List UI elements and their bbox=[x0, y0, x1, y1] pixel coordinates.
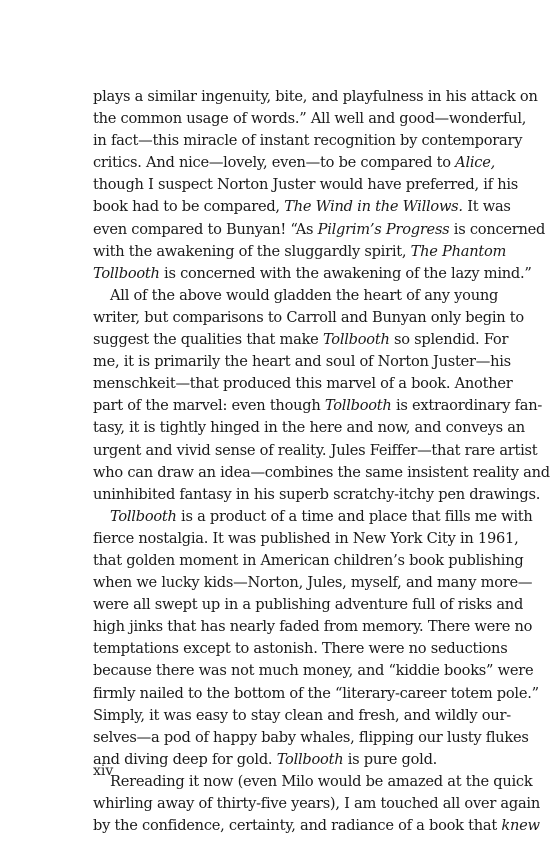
text-run: is extraordinary fan- bbox=[392, 397, 543, 414]
text-run: urgent and vivid sense of reality. Jules… bbox=[93, 442, 537, 459]
italic-text: Pilgrim’s Progress bbox=[318, 221, 450, 238]
italic-text: Tollbooth bbox=[93, 265, 160, 282]
text-line: because there was not much money, and “k… bbox=[93, 660, 470, 682]
text-line: that golden moment in American children’… bbox=[93, 550, 470, 572]
text-line: temptations except to astonish. There we… bbox=[93, 638, 470, 660]
text-line: when we lucky kids—Norton, Jules, myself… bbox=[93, 572, 470, 594]
text-run: the common usage of words.” All well and… bbox=[93, 110, 526, 127]
text-run: high jinks that has nearly faded from me… bbox=[93, 618, 532, 635]
text-run: that golden moment in American children’… bbox=[93, 552, 523, 569]
text-line: Tollbooth is concerned with the awakenin… bbox=[93, 263, 470, 285]
text-line: with the awakening of the sluggardly spi… bbox=[93, 241, 470, 263]
text-run: critics. And nice—lovely, even—to be com… bbox=[93, 154, 455, 171]
text-line: were all swept up in a publishing advent… bbox=[93, 594, 470, 616]
italic-text: The Wind in the Willows. bbox=[284, 198, 463, 215]
text-run: All of the above would gladden the heart… bbox=[110, 287, 498, 304]
italic-text: Tollbooth bbox=[323, 331, 390, 348]
text-run: though I suspect Norton Juster would hav… bbox=[93, 176, 518, 193]
text-line: part of the marvel: even though Tollboot… bbox=[93, 395, 470, 417]
text-line: menschkeit—that produced this marvel of … bbox=[93, 373, 470, 395]
text-line: who can draw an idea—combines the same i… bbox=[93, 462, 470, 484]
text-line: by the confidence, certainty, and radian… bbox=[93, 815, 470, 837]
text-line: Rereading it now (even Milo would be ama… bbox=[93, 771, 470, 793]
text-run: writer, but comparisons to Carroll and B… bbox=[93, 309, 524, 326]
text-line: firmly nailed to the bottom of the “lite… bbox=[93, 683, 470, 705]
page-number: xiv bbox=[93, 763, 113, 779]
text-run: temptations except to astonish. There we… bbox=[93, 640, 507, 657]
text-run: with the awakening of the sluggardly spi… bbox=[93, 243, 411, 260]
text-run: part of the marvel: even though bbox=[93, 397, 325, 414]
text-run: Simply, it was easy to stay clean and fr… bbox=[93, 707, 511, 724]
text-run: firmly nailed to the bottom of the “lite… bbox=[93, 685, 539, 702]
text-run: uninhibited fantasy in his superb scratc… bbox=[93, 486, 540, 503]
text-line: though I suspect Norton Juster would hav… bbox=[93, 174, 470, 196]
text-line: suggest the qualities that make Tollboot… bbox=[93, 329, 470, 351]
text-line: critics. And nice—lovely, even—to be com… bbox=[93, 152, 470, 174]
text-line: writer, but comparisons to Carroll and B… bbox=[93, 307, 470, 329]
text-line: in fact—this miracle of instant recognit… bbox=[93, 130, 470, 152]
text-run: in fact—this miracle of instant recognit… bbox=[93, 132, 522, 149]
text-line: urgent and vivid sense of reality. Jules… bbox=[93, 440, 470, 462]
text-line: tasy, it is tightly hinged in the here a… bbox=[93, 417, 470, 439]
page-body-text: plays a similar ingenuity, bite, and pla… bbox=[93, 86, 470, 837]
text-run: fierce nostalgia. It was published in Ne… bbox=[93, 530, 518, 547]
text-line: high jinks that has nearly faded from me… bbox=[93, 616, 470, 638]
text-line: fierce nostalgia. It was published in Ne… bbox=[93, 528, 470, 550]
text-run: book had to be compared, bbox=[93, 198, 284, 215]
text-line: All of the above would gladden the heart… bbox=[93, 285, 470, 307]
italic-text: Tollbooth bbox=[325, 397, 392, 414]
text-run: is concerned bbox=[449, 221, 545, 238]
text-line: and diving deep for gold. Tollbooth is p… bbox=[93, 749, 470, 771]
text-run: when we lucky kids—Norton, Jules, myself… bbox=[93, 574, 532, 591]
text-line: plays a similar ingenuity, bite, and pla… bbox=[93, 86, 470, 108]
text-run: who can draw an idea—combines the same i… bbox=[93, 464, 550, 481]
text-run: suggest the qualities that make bbox=[93, 331, 323, 348]
text-run: is concerned with the awakening of the l… bbox=[160, 265, 532, 282]
text-line: even compared to Bunyan! “As Pilgrim’s P… bbox=[93, 219, 470, 241]
italic-text: Alice, bbox=[455, 154, 495, 171]
italic-text: knew bbox=[501, 817, 539, 834]
text-run: is pure gold. bbox=[343, 751, 437, 768]
text-run: by the confidence, certainty, and radian… bbox=[93, 817, 501, 834]
text-line: Tollbooth is a product of a time and pla… bbox=[93, 506, 470, 528]
text-run: menschkeit—that produced this marvel of … bbox=[93, 375, 512, 392]
text-line: whirling away of thirty-five years), I a… bbox=[93, 793, 470, 815]
text-line: book had to be compared, The Wind in the… bbox=[93, 196, 470, 218]
text-run: It was bbox=[463, 198, 511, 215]
text-line: uninhibited fantasy in his superb scratc… bbox=[93, 484, 470, 506]
text-line: me, it is primarily the heart and soul o… bbox=[93, 351, 470, 373]
text-run: so splendid. For bbox=[390, 331, 509, 348]
text-run: me, it is primarily the heart and soul o… bbox=[93, 353, 511, 370]
text-run: whirling away of thirty-five years), I a… bbox=[93, 795, 540, 812]
text-run: were all swept up in a publishing advent… bbox=[93, 596, 523, 613]
italic-text: Tollbooth bbox=[110, 508, 177, 525]
italic-text: The Phantom bbox=[411, 243, 506, 260]
text-run: even compared to Bunyan! “As bbox=[93, 221, 318, 238]
text-run: Rereading it now (even Milo would be ama… bbox=[110, 773, 532, 790]
text-run: and diving deep for gold. bbox=[93, 751, 277, 768]
text-run: plays a similar ingenuity, bite, and pla… bbox=[93, 88, 538, 105]
text-line: Simply, it was easy to stay clean and fr… bbox=[93, 705, 470, 727]
text-run: because there was not much money, and “k… bbox=[93, 662, 533, 679]
text-run: selves—a pod of happy baby whales, flipp… bbox=[93, 729, 529, 746]
text-line: selves—a pod of happy baby whales, flipp… bbox=[93, 727, 470, 749]
italic-text: Tollbooth bbox=[277, 751, 344, 768]
text-run: is a product of a time and place that fi… bbox=[177, 508, 533, 525]
text-run: tasy, it is tightly hinged in the here a… bbox=[93, 419, 525, 436]
text-line: the common usage of words.” All well and… bbox=[93, 108, 470, 130]
